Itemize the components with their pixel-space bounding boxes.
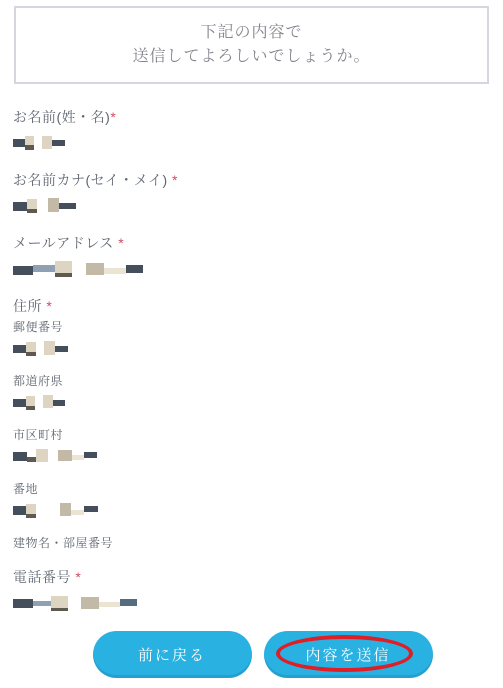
redacted-value-email xyxy=(13,261,503,277)
redaction-block xyxy=(84,452,97,458)
field-name: お名前(姓・名)* xyxy=(13,108,503,151)
redaction-block xyxy=(13,345,26,353)
redaction-block xyxy=(13,266,33,275)
redaction-block xyxy=(26,504,36,514)
redaction-block xyxy=(26,352,36,356)
required-asterisk: * xyxy=(114,235,124,251)
field-kana: お名前カナ(セイ・メイ) * xyxy=(13,171,503,214)
required-asterisk: * xyxy=(71,569,81,585)
redaction-block xyxy=(99,602,120,607)
field-label-text: お名前カナ(セイ・メイ) xyxy=(13,172,168,188)
redaction-block xyxy=(26,514,36,518)
field-building: 建物名・部屋番号 xyxy=(13,535,503,551)
submit-button[interactable]: 内容を送信 xyxy=(264,631,433,678)
redaction-block xyxy=(55,346,68,352)
field-address: 住所 * xyxy=(13,297,503,316)
redaction-block xyxy=(42,136,52,149)
redaction-block xyxy=(44,341,55,355)
redaction-block xyxy=(27,457,36,462)
confirmation-page: 下記の内容で 送信してよろしいでしょうか。 お名前(姓・名)*お名前カナ(セイ・… xyxy=(0,6,503,688)
redaction-block xyxy=(25,145,34,150)
field-label-city: 市区町村 xyxy=(13,427,503,443)
redaction-block xyxy=(26,406,35,410)
redacted-value-prefecture xyxy=(13,395,503,411)
redaction-block xyxy=(55,261,72,273)
redaction-block xyxy=(13,599,33,608)
field-label-address: 住所 * xyxy=(13,297,503,316)
field-label-text: 郵便番号 xyxy=(13,320,63,334)
redaction-block xyxy=(33,265,55,272)
redaction-block xyxy=(72,455,84,460)
back-button-wrapper: 前に戻る xyxy=(93,631,252,678)
required-asterisk: * xyxy=(110,109,116,125)
field-label-kana: お名前カナ(セイ・メイ) * xyxy=(13,171,503,190)
field-label-phone: 電話番号 * xyxy=(13,568,503,587)
redaction-block xyxy=(13,399,26,407)
redaction-block xyxy=(27,199,37,209)
redacted-value-kana xyxy=(13,198,503,214)
field-label-text: 電話番号 xyxy=(13,569,71,585)
redaction-block xyxy=(13,202,27,211)
redaction-block xyxy=(84,506,98,512)
redaction-block xyxy=(48,198,59,212)
redaction-block xyxy=(25,136,34,145)
redaction-block xyxy=(71,510,84,515)
redaction-block xyxy=(104,268,126,274)
redaction-block xyxy=(126,265,143,273)
field-label-text: 都道府県 xyxy=(13,374,63,388)
required-asterisk: * xyxy=(42,298,52,314)
back-button[interactable]: 前に戻る xyxy=(93,631,252,678)
confirmation-message-line2: 送信してよろしいでしょうか。 xyxy=(132,45,370,69)
redaction-block xyxy=(26,342,36,352)
confirmation-message-box: 下記の内容で 送信してよろしいでしょうか。 xyxy=(14,6,489,84)
redaction-block xyxy=(43,395,53,408)
redaction-block xyxy=(59,203,76,209)
field-label-text: お名前(姓・名) xyxy=(13,109,110,125)
redaction-block xyxy=(58,450,72,461)
field-phone: 電話番号 * xyxy=(13,568,503,611)
redaction-block xyxy=(27,209,37,213)
redaction-block xyxy=(81,597,99,609)
redaction-block xyxy=(33,601,51,606)
field-postal-code: 郵便番号 xyxy=(13,319,503,357)
field-label-building: 建物名・部屋番号 xyxy=(13,535,503,551)
submit-button-wrapper: 内容を送信 xyxy=(264,631,433,678)
redacted-value-postal-code xyxy=(13,341,503,357)
redaction-block xyxy=(13,139,25,147)
redacted-value-name xyxy=(13,135,503,151)
redaction-block xyxy=(13,506,26,515)
redaction-block xyxy=(51,596,68,608)
redaction-block xyxy=(26,396,35,406)
field-city: 市区町村 xyxy=(13,427,503,465)
redaction-block xyxy=(55,273,72,277)
field-label-postal-code: 郵便番号 xyxy=(13,319,503,335)
field-label-text: 市区町村 xyxy=(13,428,63,442)
redaction-block xyxy=(60,503,71,516)
field-label-text: 住所 xyxy=(13,298,42,314)
redaction-block xyxy=(86,263,104,275)
redaction-block xyxy=(120,599,137,606)
redacted-value-street-number xyxy=(13,503,503,519)
redaction-block xyxy=(51,608,68,611)
field-prefecture: 都道府県 xyxy=(13,373,503,411)
field-label-text: 番地 xyxy=(13,482,38,496)
required-asterisk: * xyxy=(168,172,178,188)
field-label-email: メールアドレス * xyxy=(13,234,503,253)
redaction-block xyxy=(13,452,27,461)
redaction-block xyxy=(53,400,65,406)
button-row: 前に戻る内容を送信 xyxy=(0,631,503,678)
field-label-text: メールアドレス xyxy=(13,235,114,251)
field-street-number: 番地 xyxy=(13,481,503,519)
field-label-prefecture: 都道府県 xyxy=(13,373,503,389)
redacted-value-phone xyxy=(13,595,503,611)
field-label-text: 建物名・部屋番号 xyxy=(13,536,113,550)
form-fields: お名前(姓・名)*お名前カナ(セイ・メイ) *メールアドレス *住所 *郵便番号… xyxy=(0,108,503,611)
field-label-name: お名前(姓・名)* xyxy=(13,108,503,127)
field-label-street-number: 番地 xyxy=(13,481,503,497)
redacted-value-city xyxy=(13,449,503,465)
redaction-block xyxy=(36,449,48,462)
confirmation-message-line1: 下記の内容で xyxy=(200,21,302,45)
redaction-block xyxy=(52,140,65,146)
field-email: メールアドレス * xyxy=(13,234,503,277)
